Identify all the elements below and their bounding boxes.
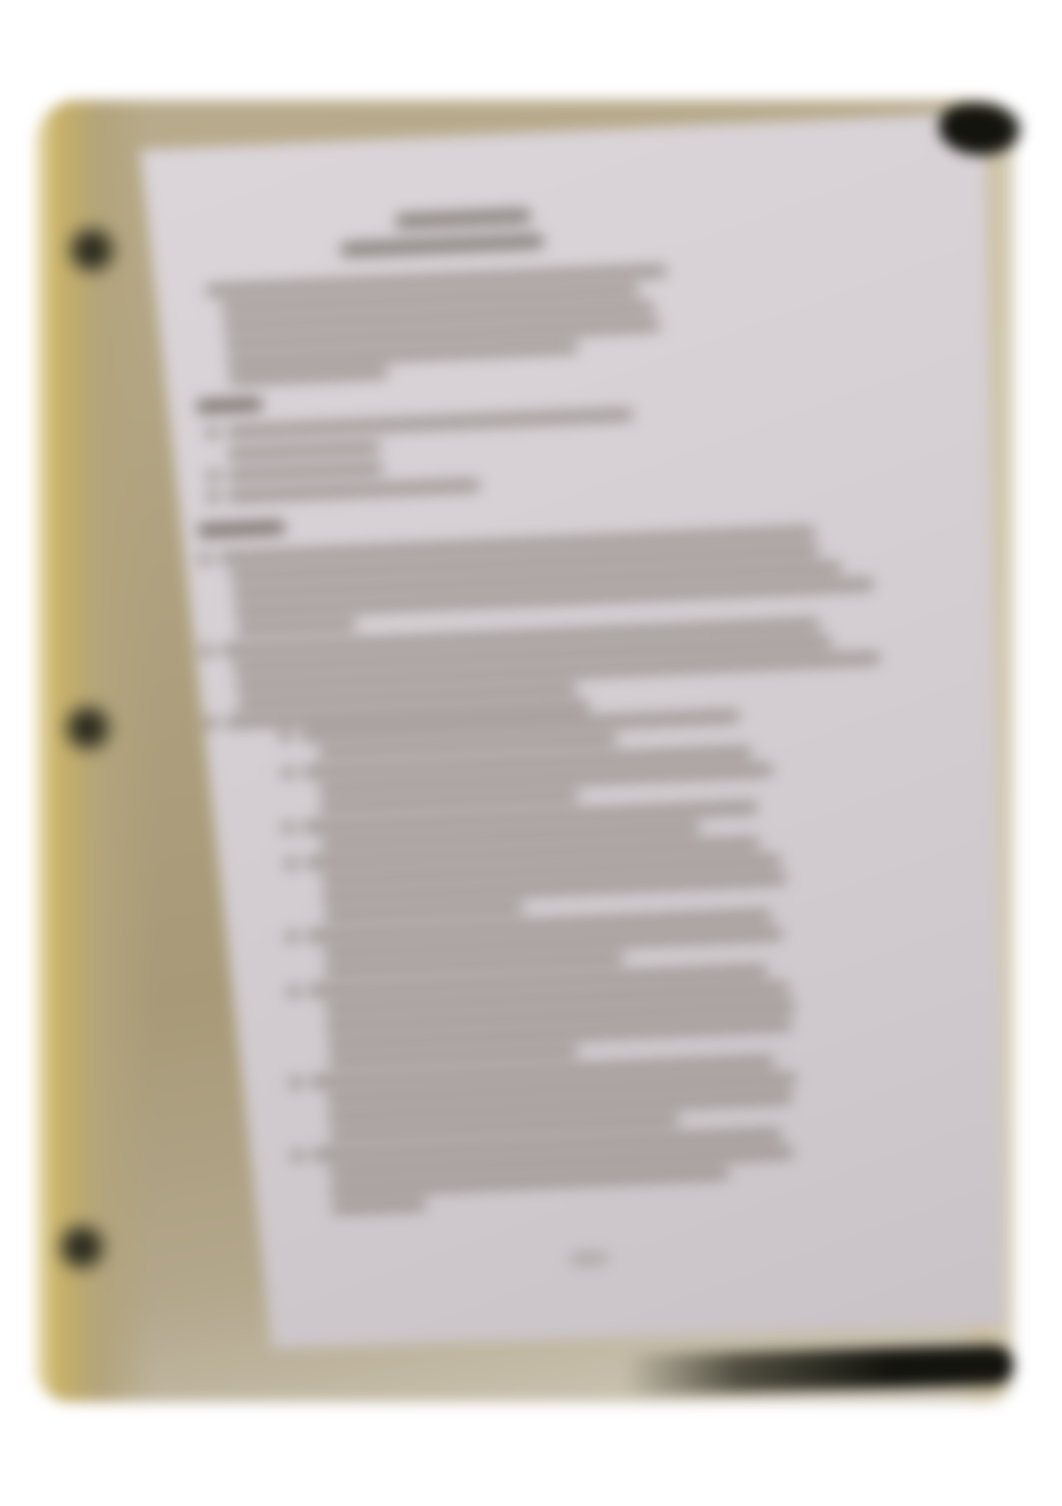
hole-punch-3 [53,1218,111,1276]
blurred-text-layer [36,57,1062,1400]
binder-photo [36,100,1014,1402]
page-number-line [570,1251,609,1266]
page-number [36,57,1062,1400]
hole-punch-2 [59,699,117,757]
photo-backdrop [0,0,1062,1506]
hole-punch-1 [63,221,121,279]
